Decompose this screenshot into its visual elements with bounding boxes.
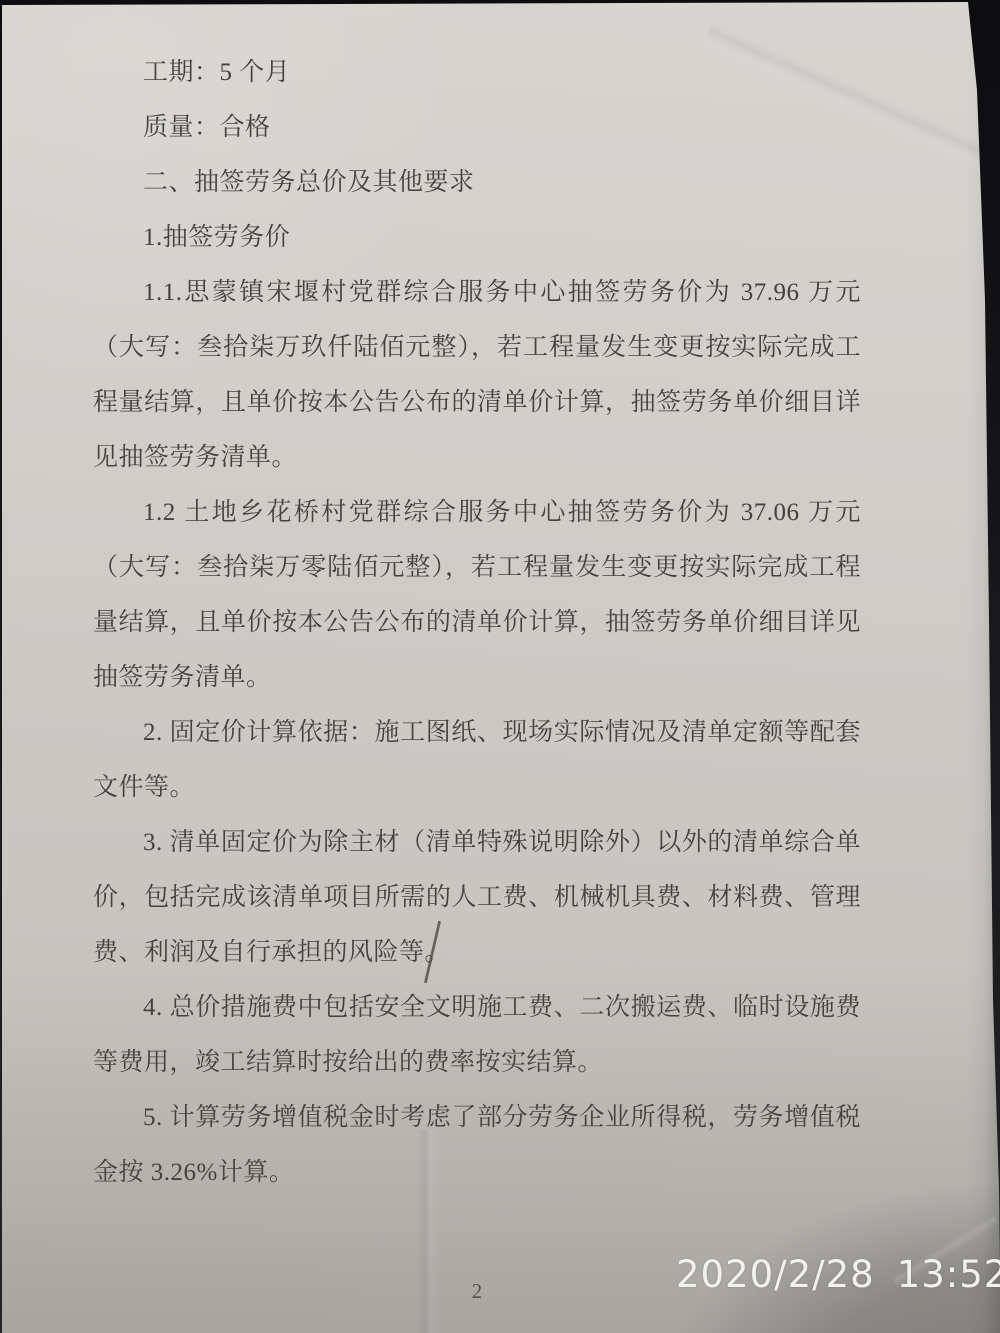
document-line: 量结算，且单价按本公告公布的清单价计算，抽签劳务单价细目详见 (93, 595, 861, 650)
document-line: 等费用，竣工结算时按给出的费率按实结算。 (93, 1035, 861, 1090)
text-block: 工期：5 个月质量：合格二、抽签劳务总价及其他要求1.抽签劳务价1.1.思蒙镇宋… (93, 45, 861, 1200)
document-line: 3. 清单固定价为除主材（清单特殊说明除外）以外的清单综合单 (93, 815, 861, 870)
document-line: 程量结算，且单价按本公告公布的清单价计算，抽签劳务单价细目详 (93, 375, 861, 430)
document-line: 金按 3.26%计算。 (93, 1145, 861, 1200)
document-line: 4. 总价措施费中包括安全文明施工费、二次搬运费、临时设施费 (93, 980, 861, 1035)
document-line: （大写：叁拾柒万玖仟陆佰元整），若工程量发生变更按实际完成工 (93, 320, 861, 375)
document-line: 2. 固定价计算依据：施工图纸、现场实际情况及清单定额等配套 (93, 705, 861, 760)
timestamp-date: 2020/2/28 (676, 1253, 875, 1296)
document-line: 文件等。 (93, 760, 861, 815)
document-line: 质量：合格 (93, 100, 861, 155)
document-line: 抽签劳务清单。 (93, 650, 861, 705)
document-line: 工期：5 个月 (93, 45, 861, 100)
document-line: 1.抽签劳务价 (93, 210, 861, 265)
photo-frame: 工期：5 个月质量：合格二、抽签劳务总价及其他要求1.抽签劳务价1.1.思蒙镇宋… (0, 0, 1000, 1333)
document-line: 费、利润及自行承担的风险等。 (93, 925, 861, 980)
document-line: 二、抽签劳务总价及其他要求 (93, 155, 861, 210)
page-number: 2 (447, 1276, 507, 1306)
document-line: 价，包括完成该清单项目所需的人工费、机械机具费、材料费、管理 (93, 870, 861, 925)
document-line: 1.1.思蒙镇宋堰村党群综合服务中心抽签劳务价为 37.96 万元 (93, 265, 861, 320)
camera-timestamp: 2020/2/28 13:52 (676, 1253, 1000, 1296)
document-line: 见抽签劳务清单。 (93, 430, 861, 485)
document-line: 1.2 土地乡花桥村党群综合服务中心抽签劳务价为 37.06 万元 (93, 485, 861, 540)
timestamp-time: 13:52 (897, 1253, 1000, 1296)
paper-page: 工期：5 个月质量：合格二、抽签劳务总价及其他要求1.抽签劳务价1.1.思蒙镇宋… (0, 0, 1000, 1333)
document-line: 5. 计算劳务增值税金时考虑了部分劳务企业所得税，劳务增值税 (93, 1090, 861, 1145)
document-line: （大写：叁拾柒万零陆佰元整），若工程量发生变更按实际完成工程 (93, 540, 861, 595)
